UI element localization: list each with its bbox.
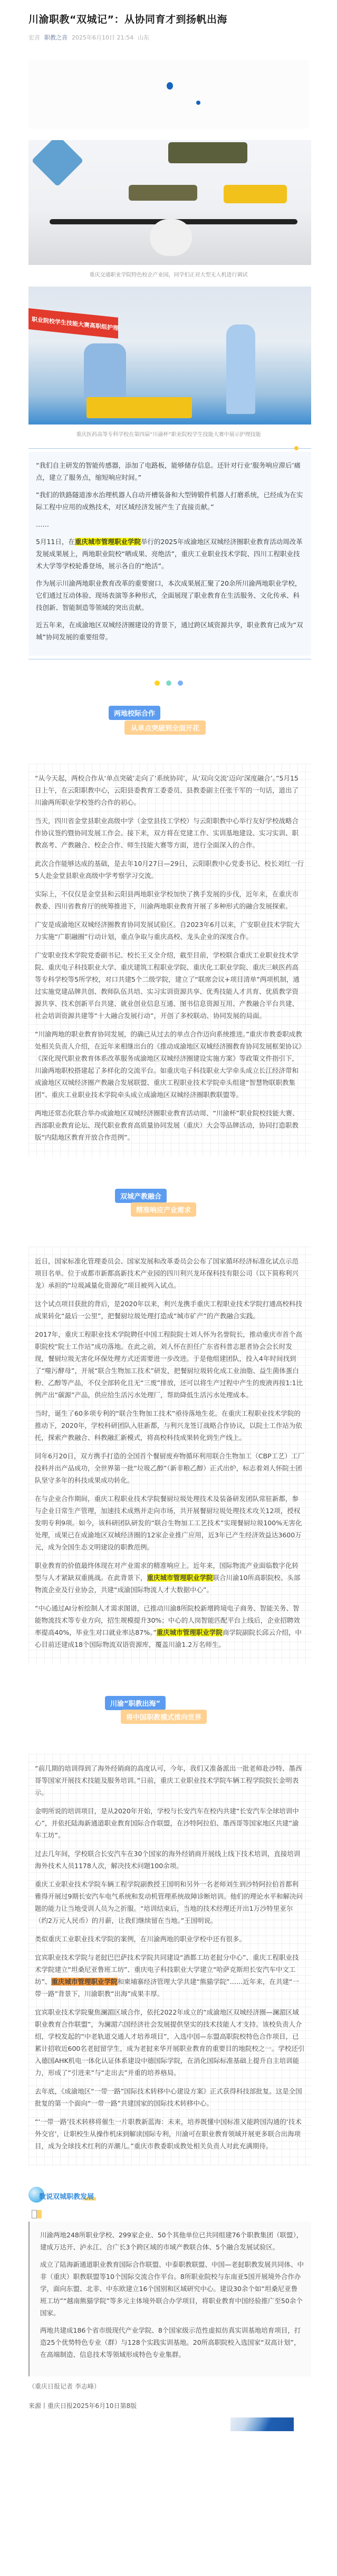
- dot-icon: [178, 680, 183, 686]
- document-icon: [32, 2210, 42, 2219]
- paragraph: “前几期的培训得到了海外经销商的高度认可，今年，我们又准备派出一批老师赴沙特、墨…: [35, 1762, 305, 1799]
- paragraph: 川渝两地248所职业学校、299家企业、50个其他单位已共同组建76个职教集团（…: [40, 2229, 304, 2253]
- paragraph: 广安职业技术学院党委副书记、校长王义全介绍，截至目前，学校联合重庆工业职业技术学…: [35, 949, 305, 1022]
- paragraph: 两地还常态化联合举办成渝地区双城经济圈职业教育活动周、“川渝杯”职业院校技能大赛…: [35, 1107, 305, 1143]
- paragraph: 作为展示川渝两地职业教育改革的重要窗口，本次成果展汇聚了20余所川渝两地职业学校…: [36, 577, 304, 614]
- footer-area: [8, 2410, 329, 2431]
- paragraph: 近日，国家标准化管理委员会、国家发展和改革委员会公布了国家循环经济标准化试点示范…: [35, 1255, 305, 1291]
- drone-photo[interactable]: [28, 140, 311, 265]
- publish-datetime: 2025年6月10日 21:54: [72, 33, 133, 42]
- paragraph: 过去几年间，学校联合长安汽车在30个国家的海外经销商开展线上线下技术培训，直接培…: [35, 1848, 305, 1872]
- section-body: “从今天起，两校合作从‘单点突破’走向了‘系统协同’，从‘双向交流’迈向‘深度融…: [28, 764, 311, 1157]
- stats-box: 川渝两地248所职业学校、299家企业、50个其他单位已共同组建76个职教集团（…: [28, 2222, 311, 2376]
- paragraph: 重庆工业职业技术学院车辆工程学院副教授王国明和另外一名老师刘生到沙特阿拉伯首都利…: [35, 1878, 305, 1927]
- publish-location: 山东: [138, 33, 149, 42]
- highlighted-school-name: 重庆城市管理职业学院: [51, 1978, 117, 1986]
- paragraph: 类似重庆工业职业技术学院的案例，在川渝两地的职业学校中还有很多。: [35, 1933, 305, 1945]
- section-header: 双城产教融合 精准响应产业需求: [8, 1189, 329, 1226]
- paragraph: “我们自主研发的智能传感器，添加了电路板，能够储存信息。还针对行业‘服务响应滞后…: [36, 459, 304, 483]
- paragraph: 宜宾职业技术学院与老挝巴巴萨技术学院共同建设“酒都工坊老挝分中心”、重庆工程职业…: [35, 1951, 305, 2000]
- model-plane-icon: [32, 140, 84, 186]
- paragraph: 实际上，不仅仅是金堂县和云阳县两地职业学校加快了携手发展的步伐，近年来，在重庆市…: [35, 888, 305, 912]
- paragraph: 5月11日，在重庆城市管理职业学院举行的2025年成渝地区双城经济圈职业教育活动…: [36, 536, 304, 572]
- paragraph: “我们的铁路隧道渗水治理机器人自动开槽装备和大型铸锻件机器人打磨系统，已经成为在…: [36, 489, 304, 513]
- paragraph: 职业教育的价值最终体现在对产业需求的精准响应上。近年来，国际物流产业面临数字化转…: [35, 1560, 305, 1596]
- divider-knob-icon: [294, 446, 299, 450]
- intro-quote-box: “我们自主研发的智能传感器，添加了电路板，能够储存信息。还针对行业‘服务响应滞后…: [28, 452, 311, 656]
- competition-banner: 职业院校学生技能大赛高职组护理赛项比赛: [28, 308, 118, 339]
- paragraph: 近五年来，在成渝地区双城经济圈建设的背景下，通过跨区域资源共享，职业教育已成为“…: [36, 619, 304, 643]
- stretcher-icon: [86, 397, 192, 418]
- article-page: 川渝职教“双城记”：从协同育才到扬帆出海 宏音 职教之音 2025年6月10日 …: [0, 0, 337, 2431]
- section-tag: 两地校际合作: [109, 706, 160, 720]
- section-subtag: 精准响应产业需求: [131, 1202, 196, 1217]
- image-loading-placeholder: [28, 60, 309, 129]
- section-body: “前几期的培训得到了海外经销商的高度认可，今年，我们又准备派出一批老师赴沙特、墨…: [28, 1754, 311, 2166]
- highlighted-school-name: 重庆城市管理职业学院: [157, 1628, 223, 1636]
- paragraph: “中心通过AI分析绘制人才需求图谱，已推动川渝8所院校新增跨境电子商务、智能关务…: [35, 1602, 305, 1651]
- paragraph: 成立了陆海新通道职业教育国际合作联盟、中泰职教联盟、中国—老挝职教发展共同体、中…: [40, 2258, 304, 2319]
- paragraph: 在与企业合作期间，重庆工程职业技术学院餐厨垃圾处理技术及装备研发团队常驻新都，参…: [35, 1493, 305, 1553]
- paragraph: 宜宾职业技术学院聚焦澜湄区域合作，依托2022年成立的“成渝地区双城经济圈—澜湄…: [35, 2006, 305, 2079]
- drone-tank-icon: [150, 219, 192, 256]
- ellipsis: ……: [36, 518, 304, 530]
- paragraph: 这个试点项目获批的背后，是2020年以来，利兴龙携手重庆工程职业技术学院打通高校…: [35, 1298, 305, 1322]
- paragraph: 此次合作能够达成的基础，是去年10月27日—29日，云阳职教中心党委书记、校长刘…: [35, 857, 305, 882]
- model-plane-icon: [129, 185, 197, 201]
- section-tag: 双城产教融合: [115, 1189, 167, 1203]
- model-plane-icon: [168, 142, 247, 163]
- highlighted-school-name: 重庆城市管理职业学院: [75, 538, 141, 546]
- dot-icon: [166, 680, 171, 686]
- decorative-dots: [8, 680, 329, 686]
- nurse-figure: [226, 324, 255, 414]
- section-subtag: 从单点突破到全面开花: [124, 721, 206, 735]
- source-line: 来源丨重庆日报2025年6月10日第8版: [28, 2401, 329, 2410]
- paragraph: 两地共建成186个省市级现代产业学院、8个国家级示范性虚拟仿真实训基地培育项目，…: [40, 2324, 304, 2361]
- article-title: 川渝职教“双城记”：从协同育才到扬帆出海: [28, 0, 329, 26]
- reporter-credit: （重庆日报记者 李志峰）: [28, 2382, 329, 2391]
- paragraph: 去年底，《成渝地区“一带一路”国际技术转移中心建设方案》正式获得科技部批复。这是…: [35, 2085, 305, 2109]
- loading-dot-icon: [167, 82, 173, 90]
- section-header: 川渝“职教出海” 将中国职教模式推向世界: [8, 1696, 329, 1733]
- section-tag: 川渝“职教出海”: [105, 1696, 166, 1710]
- footer-banner-image: [230, 2417, 294, 2431]
- quote-divider: [28, 448, 311, 449]
- paragraph: 当天，四川省金堂县职业高级中学（金堂县技工学校）与云阳职教中心举行友好学校战略合…: [35, 815, 305, 851]
- nursing-photo[interactable]: 职业院校学生技能大赛高职组护理赛项比赛: [28, 287, 311, 425]
- author-name: 宏音: [28, 33, 40, 42]
- paragraph: 同年6月20日，双方携手打造的全国首个餐厨废弃物循环利用联合生物加工（CBP工艺…: [35, 1450, 305, 1486]
- paragraph: 金明所说的培训项目，是从2020年开始，学校与长安汽车在校内共建“长安汽车全球培…: [35, 1805, 305, 1841]
- account-name-link[interactable]: 职教之音: [44, 33, 68, 42]
- dot-icon: [155, 680, 160, 686]
- quote-divider-bottom: [28, 659, 311, 659]
- nurse-figure: [84, 343, 126, 401]
- paragraph: 当时，诞生了60多项专利的“联合生物加工技术”亟待落地生花。在重庆工程职业技术学…: [35, 1407, 305, 1444]
- highlighted-school-name: 重庆城市管理职业学院: [147, 1574, 213, 1582]
- article-meta: 宏音 职教之音 2025年6月10日 21:54 山东: [28, 33, 329, 42]
- loading-dot-icon: [196, 101, 200, 105]
- section-header: 两地校际合作 从单点突破到全面开花: [8, 706, 329, 743]
- paragraph: 2017年，重庆工程职业技术学院聘任中国工程院院士刘人怀为名誉院长，推动重庆市首…: [35, 1328, 305, 1401]
- paragraph: “‘一带一路’技术转移将催生一片职教新蓝海：未来，培养既懂中国标准又能跨国沟通的…: [35, 2116, 305, 2152]
- image-caption: 重庆医药高等专科学校在第四届“川渝杯”职业院校学生技能大赛中展示护理技能: [8, 430, 329, 438]
- paragraph: 广安是成渝地区双城经济圈教育协同发展试验区。自2023年6月以来，广安职业技术学…: [35, 919, 305, 943]
- paragraph: “川渝两地的职业教育协同发展，的确已从过去的单点合作迈向系统推进。”重庆市教委职…: [35, 1028, 305, 1101]
- section-body: 近日，国家标准化管理委员会、国家发展和改革委员会公布了国家循环经济标准化试点示范…: [28, 1247, 311, 1664]
- image-caption: 重庆交通职业学院特色校企产业园，同学们正对大型无人机进行调试: [8, 270, 329, 278]
- paragraph: “从今天起，两校合作从‘单点突破’走向了‘系统协同’，从‘双向交流’迈向‘深度融…: [35, 772, 305, 808]
- model-plane-icon: [224, 185, 287, 203]
- data-section-title: 数说双城职教发展: [28, 2187, 329, 2205]
- section-subtag: 将中国职教模式推向世界: [121, 1710, 207, 1724]
